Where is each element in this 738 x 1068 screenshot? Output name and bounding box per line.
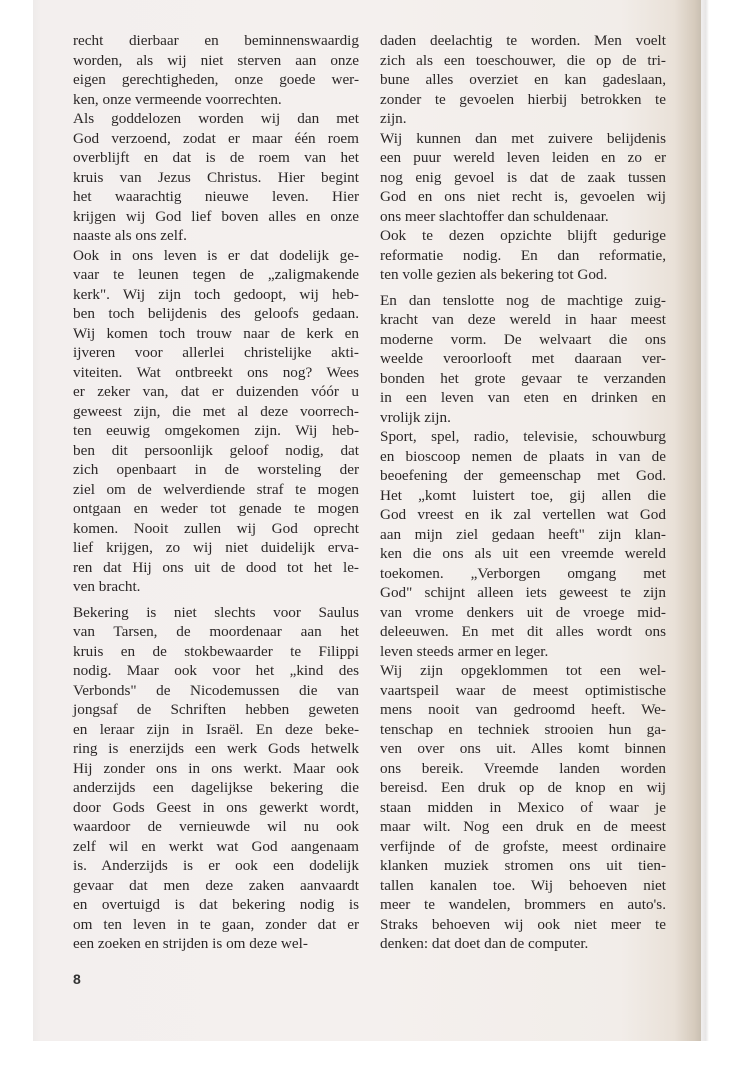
- text-line: God verzoend, zodat er maar één roem: [73, 129, 359, 149]
- text-line: viteiten. Wat ontbreekt ons nog? Wees: [73, 363, 359, 383]
- text-line: toekomen. „Verborgen omgang met: [380, 564, 666, 584]
- text-line: Hij zonder ons in ons werkt. Maar ook: [73, 759, 359, 779]
- text-line: zelf wil en werkt wat God aangenaam: [73, 837, 359, 857]
- text-line: bune alles overziet en kan gadeslaan,: [380, 70, 666, 90]
- text-line: een puur wereld leven leiden en zo er: [380, 148, 666, 168]
- text-line: ven over ons uit. Alles komt binnen: [380, 739, 666, 759]
- page-number: 8: [73, 971, 81, 987]
- text-line: lief krijgen, zo wij niet duidelijk erva…: [73, 538, 359, 558]
- text-line: Verbonds" de Nicodemussen die van: [73, 681, 359, 701]
- text-line: En dan tenslotte nog de machtige zuig-: [380, 291, 666, 311]
- text-line: klanken muziek stromen ons uit tien-: [380, 856, 666, 876]
- text-line: denken: dat doet dan de computer.: [380, 934, 666, 954]
- text-line: moderne vorm. De welvaart die ons: [380, 330, 666, 350]
- text-line: Wij komen toch trouw naar de kerk en: [73, 324, 359, 344]
- text-line: waardoor de vernieuwde wil nu ook: [73, 817, 359, 837]
- text-line: vrolijk zijn.: [380, 408, 666, 428]
- text-line: kracht van deze wereld in haar meest: [380, 310, 666, 330]
- text-line: zich openbaart in de worsteling der: [73, 460, 359, 480]
- text-line: Bekering is niet slechts voor Saulus: [73, 603, 359, 623]
- text-line: tallen kanalen toe. Wij behoeven niet: [380, 876, 666, 896]
- text-line: bereisd. Een druk op de knop en wij: [380, 778, 666, 798]
- right-column: daden deelachtig te worden. Men voeltzic…: [380, 31, 666, 954]
- text-line: God vreest en ik zal vertellen wat God: [380, 505, 666, 525]
- text-line: ven bracht.: [73, 577, 359, 597]
- paragraph: Bekering is niet slechts voor Saulusvan …: [73, 603, 359, 954]
- text-line: aan mijn ziel gedaan heeft" zijn klan-: [380, 525, 666, 545]
- text-line: ijveren voor allerlei christelijke akti-: [73, 343, 359, 363]
- text-line: bonden het grote gevaar te verzanden: [380, 369, 666, 389]
- paragraph: Sport, spel, radio, televisie, schouwbur…: [380, 427, 666, 661]
- text-line: mens nooit van gedroomd heeft. We-: [380, 700, 666, 720]
- left-column: recht dierbaar en beminnenswaardigworden…: [73, 31, 359, 954]
- text-line: ziel om de welverdiende straf te mogen: [73, 480, 359, 500]
- text-line: God" schijnt alleen iets geweest te zijn: [380, 583, 666, 603]
- text-line: reformatie nodig. En dan reformatie,: [380, 246, 666, 266]
- text-line: overblijft en dat is de roem van het: [73, 148, 359, 168]
- text-line: ken, onze vermeende voorrechten.: [73, 90, 359, 110]
- text-line: ten eeuwig omgekomen zijn. Wij heb-: [73, 421, 359, 441]
- text-line: kerk". Wij zijn toch gedoopt, wij heb-: [73, 285, 359, 305]
- text-line: Straks behoeven wij ook niet meer te: [380, 915, 666, 935]
- text-line: het waarachtig nieuwe leven. Hier: [73, 187, 359, 207]
- text-line: en bioscoop nemen de plaats in van de: [380, 447, 666, 467]
- text-line: Sport, spel, radio, televisie, schouwbur…: [380, 427, 666, 447]
- paragraph: Als goddelozen worden wij dan metGod ver…: [73, 109, 359, 246]
- paragraph: daden deelachtig te worden. Men voeltzic…: [380, 31, 666, 129]
- text-line: verfijnde of de grofste, meest ordinaire: [380, 837, 666, 857]
- text-line: vaar te leunen tegen de „zaligmakende: [73, 265, 359, 285]
- text-line: Ook in ons leven is er dat dodelijk ge-: [73, 246, 359, 266]
- text-line: kruis en de stokbewaarder te Filippi: [73, 642, 359, 662]
- text-line: beoefening der gemeenschap met God.: [380, 466, 666, 486]
- text-line: ring is enerzijds een werk Gods hetwelk: [73, 739, 359, 759]
- text-line: anderzijds een dagelijkse bekering die: [73, 778, 359, 798]
- text-line: ben toch belijdenis des geloofs gedaan.: [73, 304, 359, 324]
- text-line: ontgaan en weder tot genade te mogen: [73, 499, 359, 519]
- text-line: en leraar zijn in Israël. En deze beke-: [73, 720, 359, 740]
- paragraph: Ook te dezen opzichte blijft gedurigeref…: [380, 226, 666, 285]
- text-line: is. Anderzijds is er ook een dodelijk: [73, 856, 359, 876]
- text-line: maar wilt. Nog een druk en de meest: [380, 817, 666, 837]
- text-line: God en ons niet recht is, gevoelen wij: [380, 187, 666, 207]
- text-line: komen. Nooit zullen wij God oprecht: [73, 519, 359, 539]
- text-line: tenschap en techniek strooien hun ga-: [380, 720, 666, 740]
- text-line: ons bereik. Vreemde landen worden: [380, 759, 666, 779]
- text-line: geweest zijn, die met al deze voorrech-: [73, 402, 359, 422]
- text-line: kruis van Jezus Christus. Hier begint: [73, 168, 359, 188]
- text-line: zijn.: [380, 109, 666, 129]
- text-line: en overtuigd is dat bekering nodig is: [73, 895, 359, 915]
- paragraph: Wij zijn opgeklommen tot een wel-vaartsp…: [380, 661, 666, 954]
- text-line: deleeuwen. En met dit alles wordt ons: [380, 622, 666, 642]
- paragraph: En dan tenslotte nog de machtige zuig-kr…: [380, 291, 666, 428]
- text-line: Wij zijn opgeklommen tot een wel-: [380, 661, 666, 681]
- text-line: worden, als wij niet sterven aan onze: [73, 51, 359, 71]
- text-line: ons meer slachtoffer dan schuldenaar.: [380, 207, 666, 227]
- text-line: nog enig gevoel is dat de zaak tussen: [380, 168, 666, 188]
- text-line: ten volle gezien als bekering tot God.: [380, 265, 666, 285]
- text-line: door Gods Geest in ons gewerkt wordt,: [73, 798, 359, 818]
- text-line: Wij kunnen dan met zuivere belijdenis: [380, 129, 666, 149]
- paragraph: Ook in ons leven is er dat dodelijk ge-v…: [73, 246, 359, 597]
- book-page: recht dierbaar en beminnenswaardigworden…: [33, 0, 701, 1041]
- text-line: krijgen wij God lief boven alles en onze: [73, 207, 359, 227]
- text-line: leven steeds armer en leger.: [380, 642, 666, 662]
- text-line: in een leven van eten en drinken en: [380, 388, 666, 408]
- text-line: eigen gerechtigheden, onze goede wer-: [73, 70, 359, 90]
- text-line: ken die ons als uit een vreemde wereld: [380, 544, 666, 564]
- text-line: Als goddelozen worden wij dan met: [73, 109, 359, 129]
- text-line: ren dat Hij ons uit de dood tot het le-: [73, 558, 359, 578]
- text-line: jongsaf de Schriften hebben geweten: [73, 700, 359, 720]
- text-line: recht dierbaar en beminnenswaardig: [73, 31, 359, 51]
- text-line: staan midden in Mexico of waar je: [380, 798, 666, 818]
- text-line: nodig. Maar ook voor het „kind des: [73, 661, 359, 681]
- text-line: naaste als ons zelf.: [73, 226, 359, 246]
- text-line: een zoeken en strijden is om deze wel-: [73, 934, 359, 954]
- text-line: Ook te dezen opzichte blijft gedurige: [380, 226, 666, 246]
- text-line: van vrome denkers uit de vroege mid-: [380, 603, 666, 623]
- paragraph: Wij kunnen dan met zuivere belijdeniseen…: [380, 129, 666, 227]
- text-line: meer te wandelen, brommers en auto's.: [380, 895, 666, 915]
- text-line: daden deelachtig te worden. Men voelt: [380, 31, 666, 51]
- text-line: zich als een toeschouwer, die op de tri-: [380, 51, 666, 71]
- text-line: vaartspeil waar de meest optimistische: [380, 681, 666, 701]
- text-line: Het „komt luistert toe, gij allen die: [380, 486, 666, 506]
- text-line: van Tarsen, de moordenaar aan het: [73, 622, 359, 642]
- text-line: om ten leven in te gaan, zonder dat er: [73, 915, 359, 935]
- text-line: zonder te gevoelen hierbij betrokken te: [380, 90, 666, 110]
- text-line: er zeker van, dat er duizenden vóór u: [73, 382, 359, 402]
- text-line: gevaar dat men deze zaken aanvaardt: [73, 876, 359, 896]
- paragraph: recht dierbaar en beminnenswaardigworden…: [73, 31, 359, 109]
- text-line: ben dit persoonlijk geloof nodig, dat: [73, 441, 359, 461]
- text-line: weelde veroorlooft met daaraan ver-: [380, 349, 666, 369]
